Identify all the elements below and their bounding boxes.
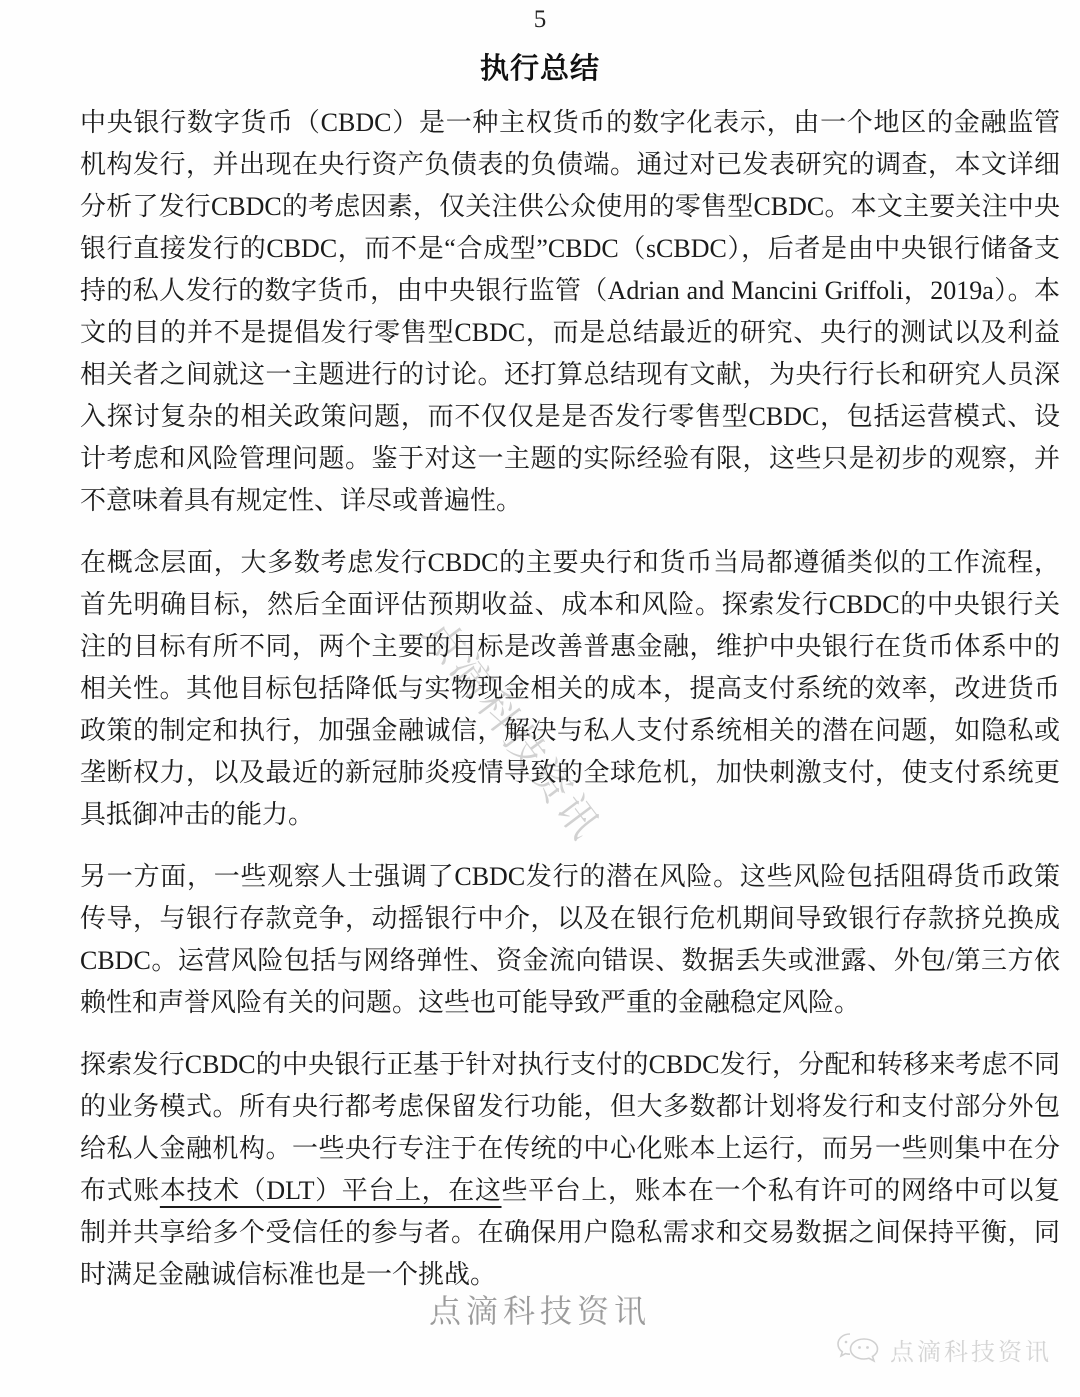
chat-bubbles-icon (834, 1331, 882, 1367)
document-body: 中央银行数字货币（CBDC）是一种主权货币的数字化表示，由一个地区的金融监管机构… (0, 102, 1080, 1296)
document-page: 点滴科技资讯 5 执行总结 中央银行数字货币（CBDC）是一种主权货币的数字化表… (0, 0, 1080, 1397)
footer-watermark: 点滴科技资讯 (0, 1292, 1080, 1330)
paragraph-intro-cbdc: 中央银行数字货币（CBDC）是一种主权货币的数字化表示，由一个地区的金融监管机构… (80, 102, 1060, 522)
page-title: 执行总结 (0, 51, 1080, 88)
page-number: 5 (0, 4, 1080, 36)
paragraph-business-models: 探索发行CBDC的中央银行正基于针对执行支付的CBDC发行，分配和转移来考虑不同… (80, 1044, 1060, 1296)
paragraph-potential-risks: 另一方面，一些观察人士强调了CBDC发行的潜在风险。这些风险包括阻碍货币政策传导… (80, 856, 1060, 1024)
paragraph-conceptual-level: 在概念层面，大多数考虑发行CBDC的主要央行和货币当局都遵循类似的工作流程，首先… (80, 542, 1060, 836)
paragraph-business-models-underlined-text: 本技术（DLT）平台上，在这 (160, 1176, 502, 1205)
brand-watermark-label: 点滴科技资讯 (890, 1332, 1052, 1367)
brand-watermark: 点滴科技资讯 (834, 1331, 1052, 1367)
